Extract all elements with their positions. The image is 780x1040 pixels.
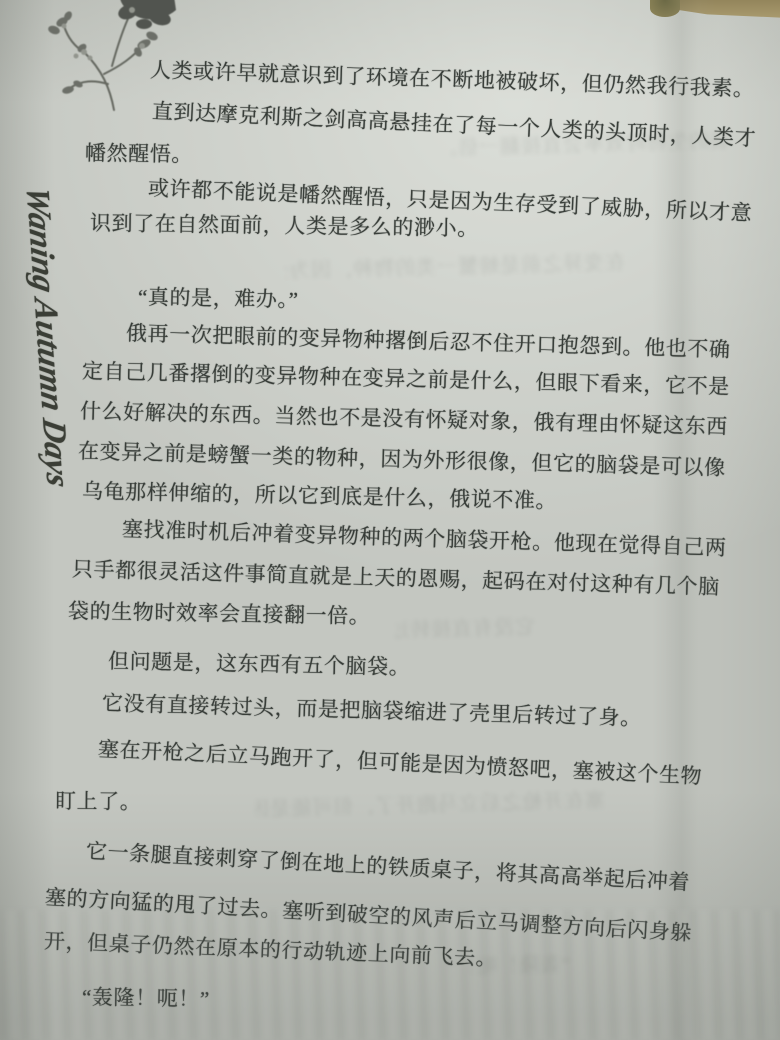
- text-line: 只手都很灵活这件事简直就是上天的恩赐，起码在对付这种有几个脑: [72, 556, 720, 600]
- text-line: 在变异之前是螃蟹一类的物种，因为外形很像，但它的脑袋是可以像: [78, 438, 726, 481]
- photographed-book-page: Waning Autumn Days 人类或许早就意识到了环境在不断地被破坏，但…: [0, 0, 780, 1040]
- text-line: 塞找准时机后冲着变异物种的两个脑袋开枪。他现在觉得自己两: [122, 516, 727, 561]
- text-line: 盯上了。: [55, 788, 142, 815]
- text-line: 直到达摩克利斯之剑高高悬挂在了每一个人类的头顶时，人类才: [151, 98, 756, 151]
- text-line: 开，但桌子仍然在原本的行动轨迹上向前飞去。: [44, 928, 498, 971]
- text-layer: 人类或许早就意识到了环境在不断地被破坏，但仍然我行我素。直到达摩克利斯之剑高高悬…: [0, 0, 780, 1040]
- text-line: 什么好解决的东西。当然也不是没有怀疑对象，俄有理由怀疑这东西: [80, 398, 728, 440]
- text-line: 幡然醒悟。: [85, 140, 193, 168]
- text-line: 定自己几番撂倒的变异物种在变异之前是什么，但眼下看来，它不是: [82, 358, 730, 400]
- bleed-through-ghost-text: 它没有直接转过头，而是把脑袋缩进了壳里后转过了身。: [395, 610, 536, 640]
- bleed-through-ghost-text: 在变异之前是螃蟹一类的物种，因为外形很像，但它的脑袋是可以像: [285, 246, 626, 281]
- text-line: “真的是，难办。”: [138, 284, 299, 313]
- bleed-through-ghost-text: 塞在开枪之后立马跑开了，但可能是因为愤怒吧，塞被这个生物: [255, 783, 606, 818]
- text-line: 人类或许早就意识到了环境在不断地被破坏，但仍然我行我素。: [150, 57, 755, 102]
- text-line: 但问题是，这东西有五个脑袋。: [108, 648, 411, 680]
- text-line: 俄再一次把眼前的变异物种撂倒后忍不住开口抱怨到。他也不确: [126, 320, 731, 363]
- text-line: 识到了在自然面前，人类是多么的渺小。: [90, 210, 479, 241]
- text-line: 它没有直接转过头，而是把脑袋缩进了壳里后转过了身。: [102, 690, 643, 731]
- text-line: 乌龟那样伸缩的，所以它到底是什么，俄说不准。: [82, 478, 558, 514]
- text-line: 它一条腿直接刺穿了倒在地上的铁质桌子，将其高高举起后冲着: [85, 838, 690, 896]
- text-line: “轰隆！呃！”: [82, 984, 210, 1012]
- text-line: 塞在开枪之后立马跑开了，但可能是因为愤怒吧，塞被这个生物: [97, 736, 702, 789]
- text-line: 袋的生物时效率会直接翻一倍。: [68, 598, 371, 629]
